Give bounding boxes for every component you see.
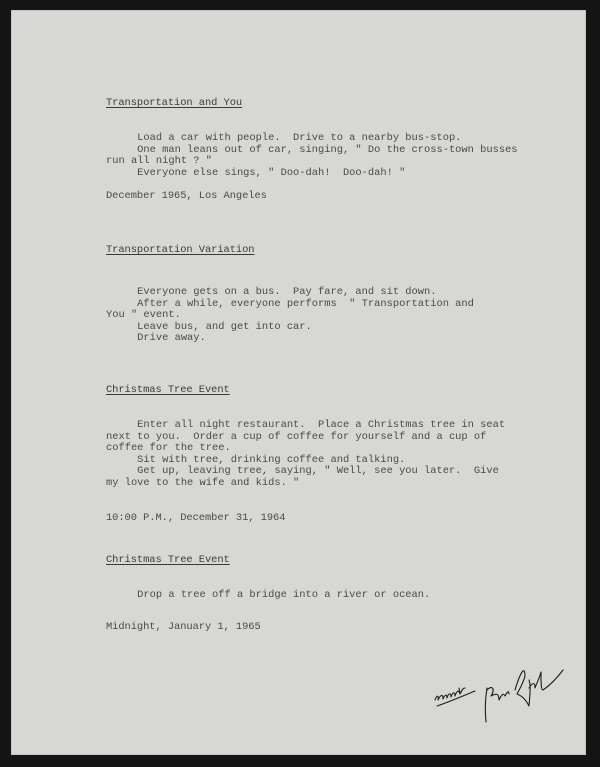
dateline: Midnight, January 1, 1965 bbox=[106, 622, 261, 634]
section-body: Everyone gets on a bus. Pay fare, and si… bbox=[106, 287, 474, 345]
document-page: Transportation and You Load a car with p… bbox=[11, 10, 586, 755]
section-title: Transportation and You bbox=[106, 98, 242, 110]
body-line: Load a car with people. Drive to a nearb… bbox=[106, 133, 518, 145]
body-line: Everyone else sings, " Doo-dah! Doo-dah!… bbox=[106, 168, 518, 180]
dateline: 10:00 P.M., December 31, 1964 bbox=[106, 513, 285, 525]
section-title: Christmas Tree Event bbox=[106, 555, 230, 567]
body-line: my love to the wife and kids. " bbox=[106, 478, 505, 490]
dateline: December 1965, Los Angeles bbox=[106, 191, 267, 203]
body-line: Drop a tree off a bridge into a river or… bbox=[106, 590, 430, 602]
section-title: Christmas Tree Event bbox=[106, 385, 230, 397]
body-line: Everyone gets on a bus. Pay fare, and si… bbox=[106, 287, 474, 299]
body-line: Enter all night restaurant. Place a Chri… bbox=[106, 420, 505, 432]
section-title: Transportation Variation bbox=[106, 245, 254, 257]
section-body: Enter all night restaurant. Place a Chri… bbox=[106, 420, 505, 490]
section-body: Load a car with people. Drive to a nearb… bbox=[106, 133, 518, 179]
section-body: Drop a tree off a bridge into a river or… bbox=[106, 590, 430, 602]
body-line: Drive away. bbox=[106, 333, 474, 345]
handwritten-signature bbox=[429, 650, 579, 730]
